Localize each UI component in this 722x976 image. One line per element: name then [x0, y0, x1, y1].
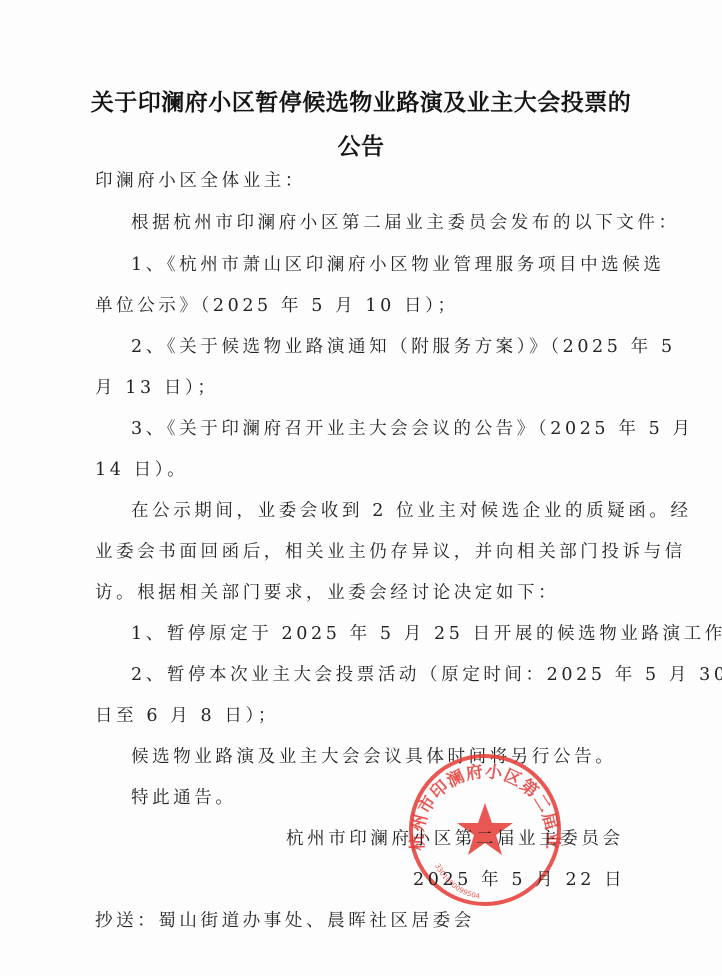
salutation: 印澜府小区全体业主： [95, 167, 306, 192]
file1-line2: 单位公示》（2025 年 5 月 10 日）； [95, 292, 459, 317]
signature-committee: 杭州市印澜府小区第二届业主委员会 [286, 825, 624, 850]
context-line2: 业委会书面回函后，相关业主仍存异议，并向相关部门投诉与信 [95, 538, 686, 563]
file3-line2: 14 日）。 [95, 456, 188, 481]
signature-date: 2025 年 5 月 22 日 [413, 866, 625, 891]
intro-paragraph: 根据杭州市印澜府小区第二届业主委员会发布的以下文件： [131, 209, 680, 234]
file1-line1: 1、《杭州市萧山区印澜府小区物业管理服务项目中选候选 [131, 251, 664, 276]
cc-line: 抄送：蜀山街道办事处、晨晖社区居委会 [95, 907, 475, 932]
decision1: 1、暂停原定于 2025 年 5 月 25 日开展的候选物业路演工作； [131, 620, 722, 645]
context-line3: 访。根据相关部门要求，业委会经讨论决定如下： [95, 579, 559, 604]
document-title-line2: 公告 [0, 128, 722, 161]
file2-line1: 2、《关于候选物业路演通知（附服务方案）》（2025 年 5 [131, 333, 676, 358]
decision2-line2: 日至 6 月 8 日）； [95, 702, 279, 727]
document-page: 关于印澜府小区暂停候选物业路演及业主大会投票的 公告 印澜府小区全体业主： 根据… [0, 0, 722, 976]
file2-line2: 月 13 日）； [95, 374, 218, 399]
document-title-line1: 关于印澜府小区暂停候选物业路演及业主大会投票的 [0, 84, 722, 117]
closing-paragraph: 特此通告。 [131, 784, 237, 809]
decision2-line1: 2、暂停本次业主大会投票活动（原定时间：2025 年 5 月 30 [131, 661, 722, 686]
file3-line1: 3、《关于印澜府召开业主大会会议的公告》（2025 年 5 月 [131, 415, 694, 440]
context-line1: 在公示期间，业委会收到 2 位业主对候选企业的质疑函。经 [131, 497, 692, 522]
